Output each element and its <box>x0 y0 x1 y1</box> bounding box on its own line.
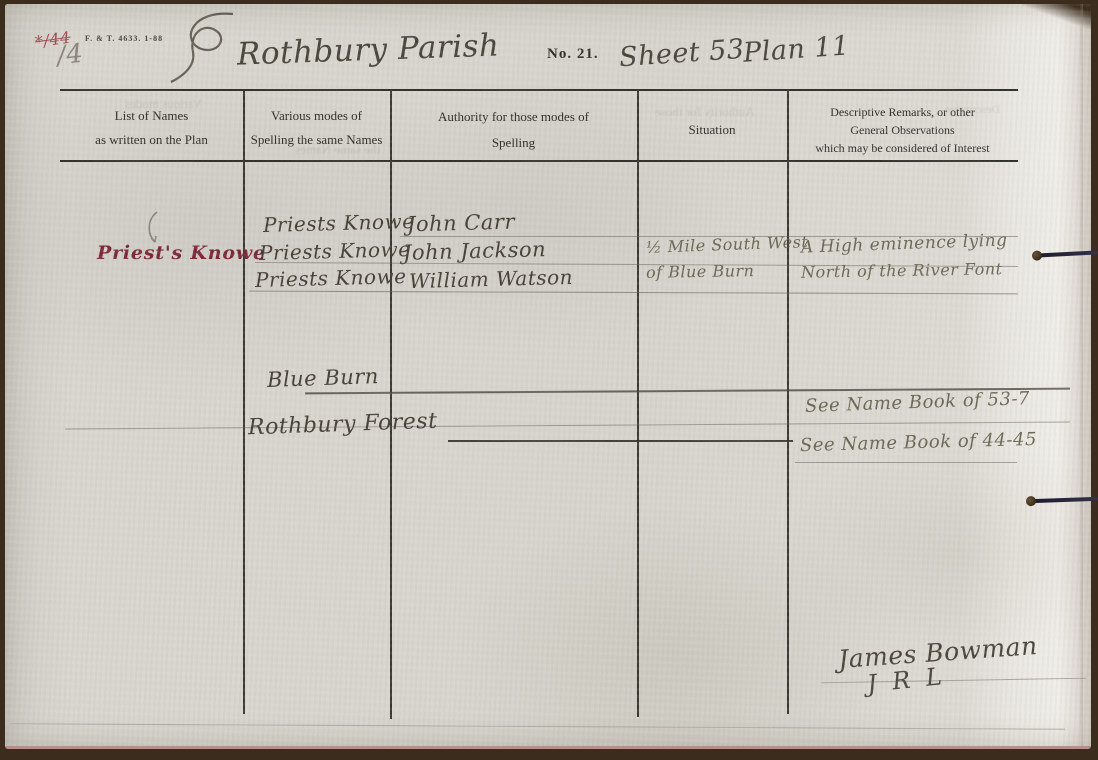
table-top-rule <box>60 89 1018 91</box>
column-header-situation: Situation <box>637 122 787 138</box>
pencil-reference: /4 <box>56 39 85 72</box>
sheet-number: Sheet 53 <box>618 34 745 74</box>
remarks-text: See Name Book of 44-45 <box>800 429 1037 456</box>
writing-rule <box>400 236 1018 237</box>
writing-rule <box>795 462 1017 463</box>
writing-rule <box>448 440 793 442</box>
spelling-variant: Priests Knowe <box>255 264 407 292</box>
spelling-variant: Rothbury Forest <box>248 409 438 441</box>
column-header-authority: Authority for those modes ofSpelling <box>390 104 637 156</box>
column-divider-4 <box>787 89 789 714</box>
writing-rule <box>65 421 1070 429</box>
header-bottom-rule <box>60 160 1018 162</box>
form-print-code: F. & T. 4633. 1-88 <box>85 34 163 43</box>
document-number: No. 21. <box>547 46 599 63</box>
spelling-variant: Priests Knowe <box>259 237 411 265</box>
writing-rule <box>249 291 1018 295</box>
column-header-names: List of Namesas written on the Plan <box>60 104 243 152</box>
remarks-text: A High eminence lying <box>801 230 1008 257</box>
column-header-remarks: Descriptive Remarks, or otherGeneral Obs… <box>787 103 1018 157</box>
page-edge <box>1079 4 1083 746</box>
column-divider-3 <box>637 89 639 717</box>
name-on-plan: Priest's Knowe <box>97 242 266 264</box>
parish-title: Rothbury Parish <box>236 27 500 72</box>
remarks-text: See Name Book of 53-7 <box>805 388 1031 417</box>
bleedthrough-text: Authority for those <box>655 104 755 120</box>
column-divider-1 <box>243 89 245 714</box>
authority-name: John Jackson <box>403 237 547 265</box>
authority-name: William Watson <box>409 265 574 293</box>
authority-name: John Carr <box>407 210 516 237</box>
paper-sheet: */44 /4 F. & T. 4633. 1-88 Rothbury Pari… <box>5 4 1091 749</box>
signature-underline <box>821 678 1086 684</box>
column-divider-2 <box>390 89 392 719</box>
remarks-text: North of the River Font <box>801 259 1003 282</box>
spelling-variant: Priests Knowe <box>263 209 415 237</box>
paper-crease <box>10 723 1065 730</box>
plan-number: Plan 11 <box>742 30 851 68</box>
scanned-name-book-page: */44 /4 F. & T. 4633. 1-88 Rothbury Pari… <box>0 0 1098 760</box>
spelling-variant: Blue Burn <box>267 364 380 392</box>
column-header-spellings: Various modes ofSpelling the same Names <box>243 104 390 152</box>
